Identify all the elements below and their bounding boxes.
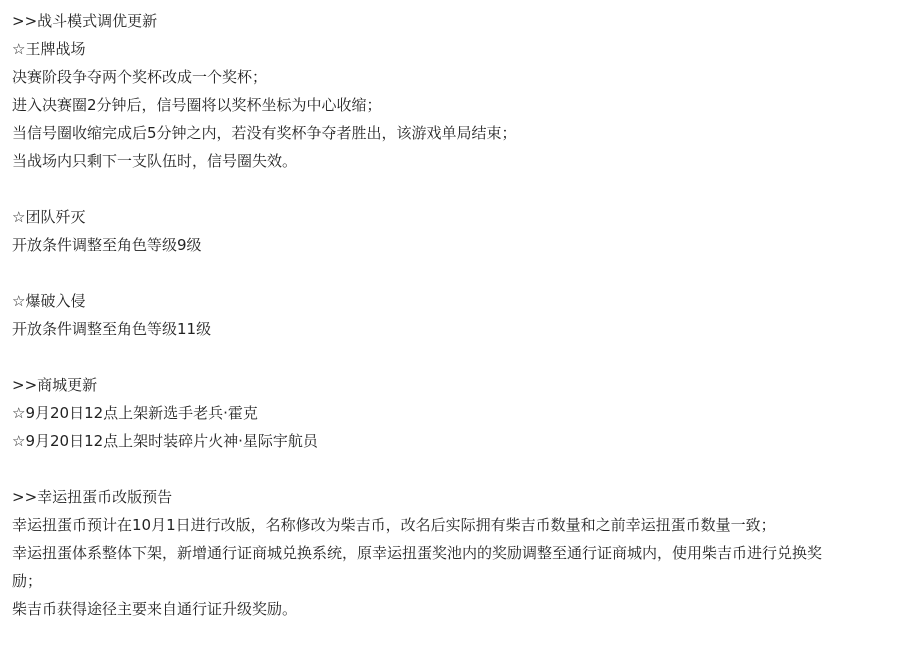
section-heading-gacha-coin-revamp: >>幸运扭蛋币改版预告 [12, 483, 892, 511]
spacer [12, 175, 892, 203]
subsection-title-demolition: ☆爆破入侵 [12, 287, 892, 315]
paragraph-line: 柴吉币获得途径主要来自通行证升级奖励。 [12, 595, 892, 623]
paragraph-line: 当战场内只剩下一支队伍时，信号圈失效。 [12, 147, 892, 175]
list-item: ☆9月20日12点上架时装碎片火神·星际宇航员 [12, 427, 892, 455]
patch-notes-document: >>战斗模式调优更新 ☆王牌战场 决赛阶段争夺两个奖杯改成一个奖杯； 进入决赛圈… [12, 7, 892, 623]
paragraph-line: 当信号圈收缩完成后5分钟之内，若没有奖杯争夺者胜出，该游戏单局结束； [12, 119, 892, 147]
paragraph-line: 开放条件调整至角色等级9级 [12, 231, 892, 259]
spacer [12, 343, 892, 371]
paragraph-line: 进入决赛圈2分钟后，信号圈将以奖杯坐标为中心收缩； [12, 91, 892, 119]
section-heading-store-update: >>商城更新 [12, 371, 892, 399]
paragraph-line: 幸运扭蛋币预计在10月1日进行改版，名称修改为柴吉币，改名后实际拥有柴吉币数量和… [12, 511, 892, 539]
paragraph-line: 开放条件调整至角色等级11级 [12, 315, 892, 343]
paragraph-line: 决赛阶段争夺两个奖杯改成一个奖杯； [12, 63, 892, 91]
spacer [12, 259, 892, 287]
section-heading-battle-mode: >>战斗模式调优更新 [12, 7, 892, 35]
paragraph-line: 励； [12, 567, 892, 595]
subsection-title-team-deathmatch: ☆团队歼灭 [12, 203, 892, 231]
list-item: ☆9月20日12点上架新选手老兵·霍克 [12, 399, 892, 427]
subsection-title-ace-battlefield: ☆王牌战场 [12, 35, 892, 63]
paragraph-line: 幸运扭蛋体系整体下架，新增通行证商城兑换系统，原幸运扭蛋奖池内的奖励调整至通行证… [12, 539, 892, 567]
spacer [12, 455, 892, 483]
